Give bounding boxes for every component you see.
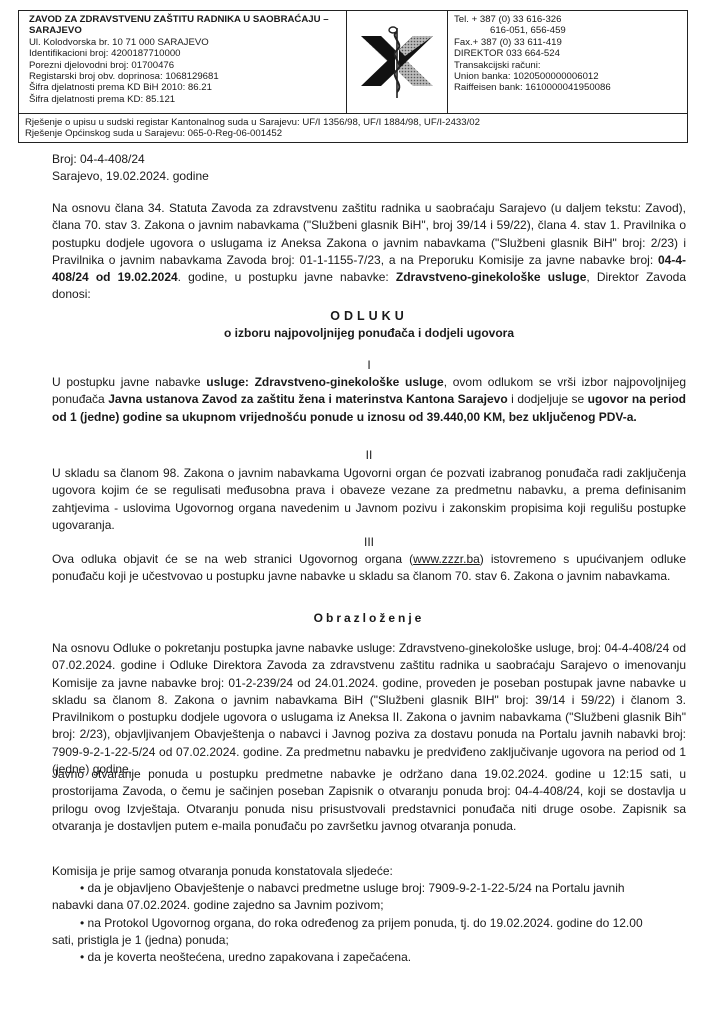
- bullet-icon: •: [80, 916, 84, 930]
- finding-text-continued: nabavki dana 07.02.2024. godine zajedno …: [52, 897, 686, 914]
- caduceus-cross-icon: [359, 22, 435, 102]
- rationale-title: Obrazloženje: [52, 610, 686, 627]
- org-address: Ul. Kolodvorska br. 10 71 000 SARAJEVO: [29, 37, 346, 48]
- fax-number: Fax.+ 387 (0) 33 611-419: [454, 37, 687, 48]
- section-2-numeral: II: [52, 447, 686, 464]
- phone-number-extra: 616-051, 656-459: [454, 25, 687, 36]
- org-tax-number: Porezni djelovodni broj: 01700476: [29, 60, 346, 71]
- selected-bidder: Javna ustanova Zavod za zaštitu žena i m…: [108, 392, 507, 406]
- rationale-paragraph-2: Javno otvaranje ponuda u postupku predme…: [52, 766, 686, 835]
- section-1-paragraph: U postupku javne nabavke usluge: Zdravst…: [52, 374, 686, 426]
- findings-list-item: • da je objavljeno Obavještenje o nabavc…: [52, 880, 686, 915]
- letterhead-top: ZAVOD ZA ZDRAVSTVENU ZAŠTITU RADNIKA U S…: [19, 11, 687, 114]
- rationale-heading: Obrazloženje: [52, 610, 686, 627]
- decision-title: ODLUKU: [52, 308, 686, 325]
- bullet-icon: •: [80, 881, 84, 895]
- letterhead: ZAVOD ZA ZDRAVSTVENU ZAŠTITU RADNIKA U S…: [18, 10, 688, 143]
- document-meta: Broj: 04-4-408/24 Sarajevo, 19.02.2024. …: [52, 151, 686, 186]
- findings-list: • da je objavljeno Obavještenje o nabavc…: [52, 880, 686, 966]
- letterhead-court-registration: Rješenje o upisu u sudski registar Kanto…: [19, 114, 687, 143]
- rationale-paragraph-3: Komisija je prije samog otvaranja ponuda…: [52, 863, 686, 880]
- org-activity-code: Šifra djelatnosti prema KD: 85.121: [29, 94, 346, 105]
- accounts-label: Transakcijski računi:: [454, 60, 687, 71]
- finding-text: da je objavljeno Obavještenje o nabavci …: [88, 881, 625, 895]
- court-registration-municipal: Rješenje Općinskog suda u Sarajevu: 065-…: [25, 128, 687, 139]
- union-bank-account: Union banka: 1020500000006012: [454, 71, 687, 82]
- section-2-paragraph: U skladu sa članom 98. Zakona o javnim n…: [52, 465, 686, 534]
- raiffeisen-bank-account: Raiffeisen bank: 1610000041950086: [454, 82, 687, 93]
- website-link[interactable]: www.zzzr.ba: [413, 552, 480, 566]
- intro-text: . godine, u postupku javne nabavke:: [178, 270, 396, 284]
- phone-number: Tel. + 387 (0) 33 616-326: [454, 14, 687, 25]
- decision-subtitle: o izboru najpovoljnijeg ponuđača i dodje…: [52, 325, 686, 342]
- document-number: Broj: 04-4-408/24: [52, 151, 686, 168]
- intro-text: Na osnovu člana 34. Statuta Zavoda za zd…: [52, 201, 686, 267]
- document-place-date: Sarajevo, 19.02.2024. godine: [52, 168, 686, 185]
- section-3-text: Ova odluka objavit će se na web stranici…: [52, 552, 413, 566]
- section-1-text: i dodjeljuje se: [508, 392, 588, 406]
- section-3-paragraph: Ova odluka objavit će se na web stranici…: [52, 551, 686, 586]
- findings-list-item: • na Protokol Ugovornog organa, do roka …: [52, 915, 686, 950]
- section-3-numeral: III: [52, 534, 686, 551]
- caduceus-cross-logo: [346, 11, 448, 113]
- org-id-number: Identifikacioni broj: 4200187710000: [29, 48, 346, 59]
- org-activity-code-2010: Šifra djelatnosti prema KD BiH 2010: 86.…: [29, 82, 346, 93]
- section-1-text: U postupku javne nabavke: [52, 375, 206, 389]
- decision-heading: ODLUKU o izboru najpovoljnijeg ponuđača …: [52, 308, 686, 343]
- procurement-subject: Zdravstveno-ginekološke usluge: [396, 270, 587, 284]
- section-1-numeral: I: [52, 357, 686, 374]
- finding-text: na Protokol Ugovornog organa, do roka od…: [88, 916, 643, 930]
- intro-paragraph: Na osnovu člana 34. Statuta Zavoda za zd…: [52, 200, 686, 304]
- finding-text: da je koverta neoštećena, uredno zapakov…: [88, 950, 412, 964]
- bullet-icon: •: [80, 950, 84, 964]
- finding-text-continued: sati, pristigla je 1 (jedna) ponuda;: [52, 932, 686, 949]
- findings-list-item: • da je koverta neoštećena, uredno zapak…: [52, 949, 686, 966]
- procurement-subject: usluge: Zdravstveno-ginekološke usluge: [206, 375, 443, 389]
- org-name-city: SARAJEVO: [29, 25, 346, 36]
- rationale-paragraph-1: Na osnovu Odluke o pokretanju postupka j…: [52, 640, 686, 778]
- letterhead-org-info: ZAVOD ZA ZDRAVSTVENU ZAŠTITU RADNIKA U S…: [19, 11, 346, 113]
- director-phone: DIREKTOR 033 664-524: [454, 48, 687, 59]
- org-reg-number: Registarski broj obv. doprinosa: 1068129…: [29, 71, 346, 82]
- letterhead-contact-info: Tel. + 387 (0) 33 616-326 616-051, 656-4…: [448, 11, 687, 113]
- org-name: ZAVOD ZA ZDRAVSTVENU ZAŠTITU RADNIKA U S…: [29, 14, 346, 25]
- court-registration-cantonal: Rješenje o upisu u sudski registar Kanto…: [25, 117, 687, 128]
